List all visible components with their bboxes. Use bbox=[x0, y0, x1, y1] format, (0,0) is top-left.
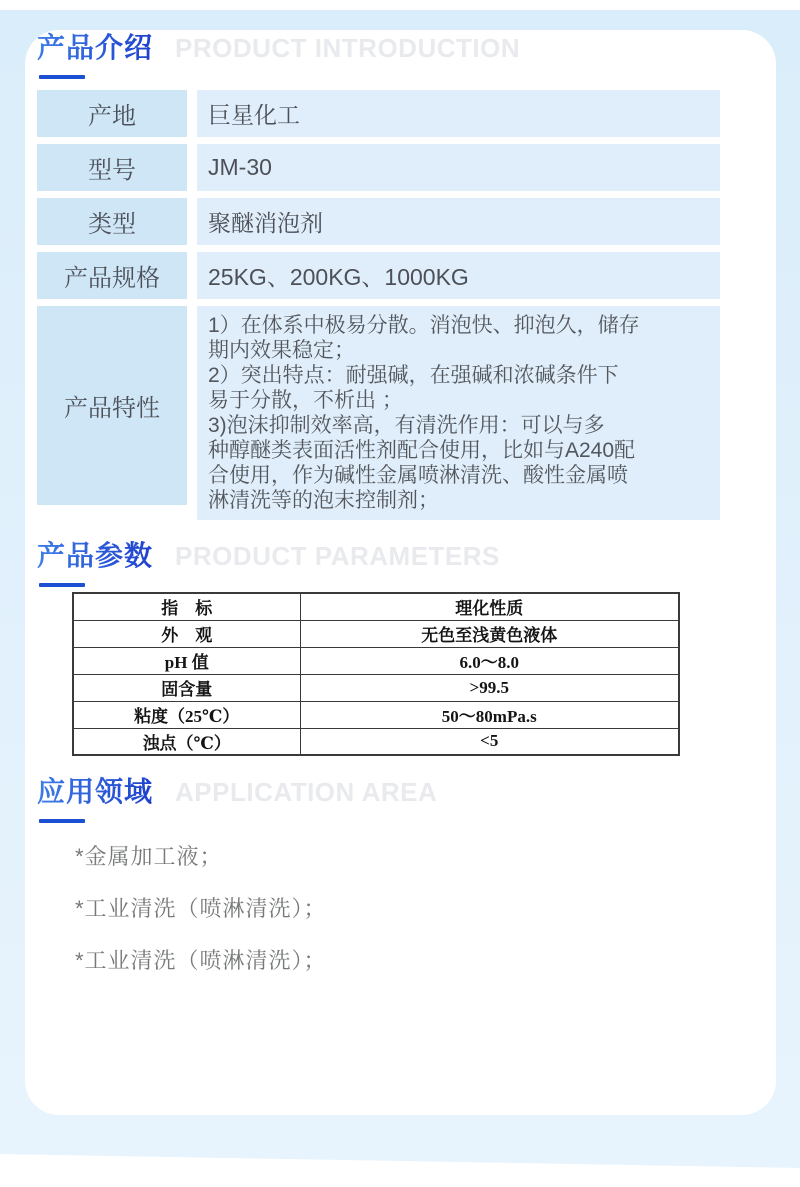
info-label: 类型 bbox=[37, 198, 187, 245]
info-value: 聚醚消泡剂 bbox=[197, 198, 720, 245]
section-title-intro: 产品介绍 bbox=[37, 26, 153, 66]
section-application-area-header: 应用领域 APPLICATION AREA bbox=[37, 770, 437, 823]
section-title-params: 产品参数 bbox=[37, 534, 153, 574]
param-row-viscosity: 粘度（25℃） 50～80mPa.s bbox=[73, 701, 679, 728]
info-row-spec: 产品规格 25KG、200KG、1000KG bbox=[37, 252, 720, 299]
info-value: 巨星化工 bbox=[197, 90, 720, 137]
section-watermark-params: PRODUCT PARAMETERS bbox=[175, 541, 500, 572]
param-row-cloud-point: 浊点（℃） <5 bbox=[73, 728, 679, 755]
application-item: *工业清洗（喷淋清洗）； bbox=[75, 894, 327, 924]
param-value-cell: >99.5 bbox=[300, 674, 679, 701]
info-value: 25KG、200KG、1000KG bbox=[197, 252, 720, 299]
info-label: 产品特性 bbox=[37, 306, 187, 505]
title-underline bbox=[39, 583, 85, 587]
param-name-cell: 粘度（25℃） bbox=[73, 701, 300, 728]
section-product-params-header: 产品参数 PRODUCT PARAMETERS bbox=[37, 534, 500, 587]
info-row-features: 产品特性 1）在体系中极易分散。消泡快、抑泡久，储存 期内效果稳定； 2）突出特… bbox=[37, 306, 720, 520]
applications-list: *金属加工液； *工业清洗（喷淋清洗）； *工业清洗（喷淋清洗）； bbox=[75, 842, 327, 998]
info-value: 1）在体系中极易分散。消泡快、抑泡久，储存 期内效果稳定； 2）突出特点：耐强碱… bbox=[197, 306, 720, 520]
param-row-header: 指 标 理化性质 bbox=[73, 593, 679, 620]
product-detail-page: 产品介绍 PRODUCT INTRODUCTION 产地 巨星化工 型号 JM-… bbox=[0, 0, 800, 1187]
param-name-cell: 指 标 bbox=[73, 593, 300, 620]
param-value-cell: 50～80mPa.s bbox=[300, 701, 679, 728]
param-row-solid-content: 固含量 >99.5 bbox=[73, 674, 679, 701]
application-item: *金属加工液； bbox=[75, 842, 327, 872]
parameters-table: 指 标 理化性质 外 观 无色至浅黄色液体 pH 值 6.0～8.0 固含量 >… bbox=[72, 592, 680, 756]
param-value-cell: <5 bbox=[300, 728, 679, 755]
info-row-model: 型号 JM-30 bbox=[37, 144, 720, 191]
param-row-appearance: 外 观 无色至浅黄色液体 bbox=[73, 620, 679, 647]
info-label: 型号 bbox=[37, 144, 187, 191]
param-value-cell: 6.0～8.0 bbox=[300, 647, 679, 674]
info-row-type: 类型 聚醚消泡剂 bbox=[37, 198, 720, 245]
param-name-cell: pH 值 bbox=[73, 647, 300, 674]
section-watermark-apps: APPLICATION AREA bbox=[175, 777, 437, 808]
application-item: *工业清洗（喷淋清洗）； bbox=[75, 946, 327, 976]
param-value-cell: 理化性质 bbox=[300, 593, 679, 620]
param-name-cell: 浊点（℃） bbox=[73, 728, 300, 755]
section-watermark-intro: PRODUCT INTRODUCTION bbox=[175, 33, 520, 64]
section-product-intro-header: 产品介绍 PRODUCT INTRODUCTION bbox=[37, 26, 520, 79]
section-title-apps: 应用领域 bbox=[37, 770, 153, 810]
param-row-ph: pH 值 6.0～8.0 bbox=[73, 647, 679, 674]
title-underline bbox=[39, 75, 85, 79]
title-underline bbox=[39, 819, 85, 823]
param-value-cell: 无色至浅黄色液体 bbox=[300, 620, 679, 647]
info-label: 产品规格 bbox=[37, 252, 187, 299]
info-row-origin: 产地 巨星化工 bbox=[37, 90, 720, 137]
product-info-table: 产地 巨星化工 型号 JM-30 类型 聚醚消泡剂 产品规格 25KG、200K… bbox=[37, 90, 720, 520]
info-value: JM-30 bbox=[197, 144, 720, 191]
info-label: 产地 bbox=[37, 90, 187, 137]
param-name-cell: 固含量 bbox=[73, 674, 300, 701]
param-name-cell: 外 观 bbox=[73, 620, 300, 647]
